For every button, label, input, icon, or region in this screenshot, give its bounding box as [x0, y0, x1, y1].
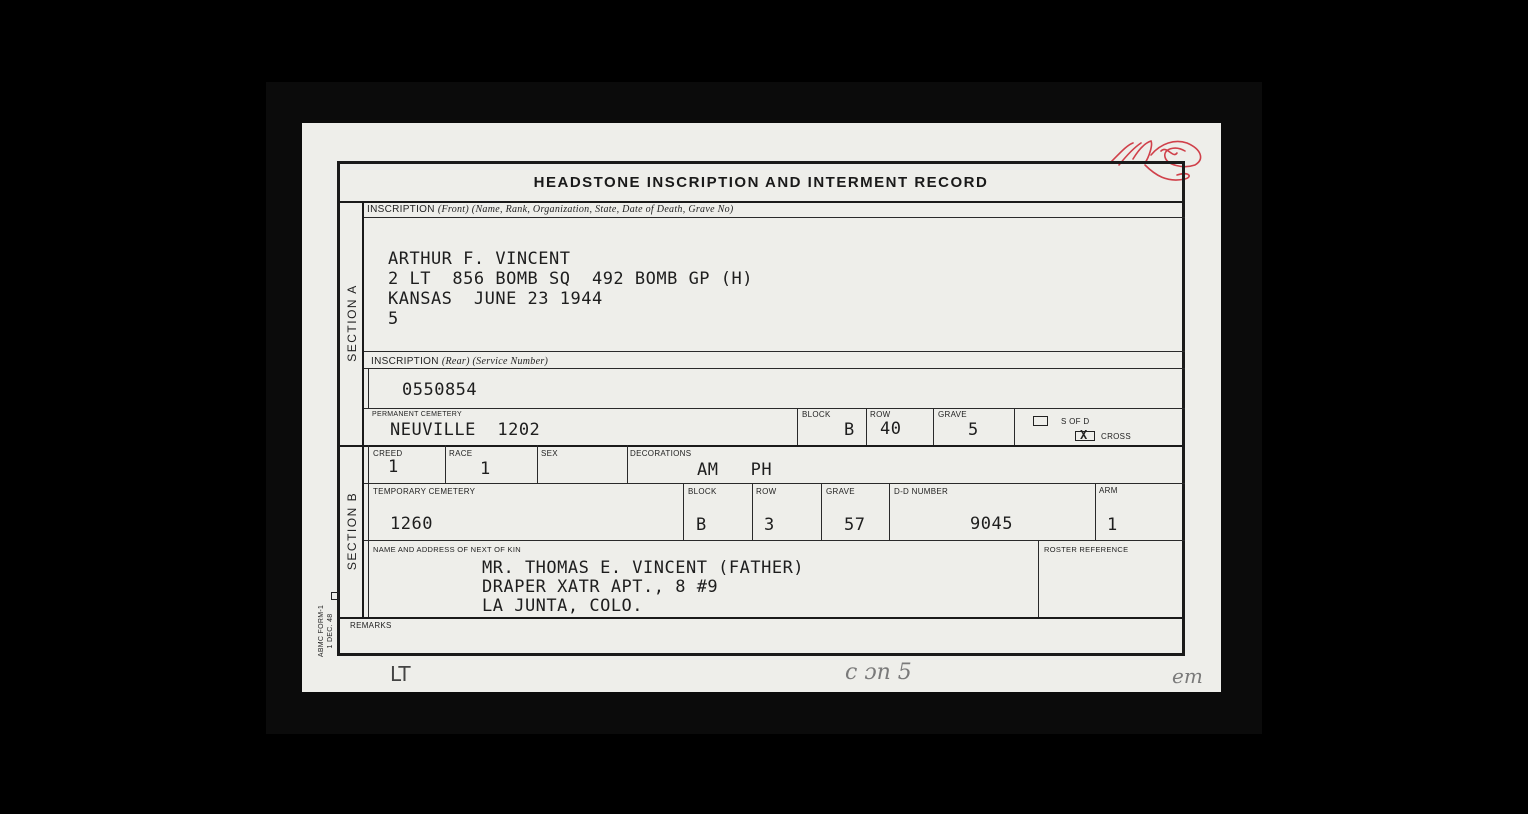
divider	[363, 408, 1185, 409]
sofd-label: S OF D	[1061, 417, 1089, 426]
divider	[368, 368, 369, 408]
sex-label: SEX	[541, 449, 558, 458]
permanent-grave-value: 5	[968, 420, 979, 440]
race-label: RACE	[449, 449, 472, 458]
divider	[866, 408, 867, 445]
divider	[337, 445, 1185, 447]
decorations-value: AM PH	[697, 460, 772, 480]
divider	[1038, 540, 1039, 617]
divider	[1095, 483, 1096, 540]
annotation-right: em	[1172, 664, 1203, 688]
temporary-cemetery-value: 1260	[390, 514, 433, 534]
permanent-row-label: ROW	[870, 410, 890, 419]
arm-value: 1	[1107, 515, 1118, 535]
cross-check-mark: X	[1080, 428, 1087, 442]
temporary-row-value: 3	[764, 515, 775, 535]
divider	[337, 617, 1185, 619]
temporary-block-value: B	[696, 515, 707, 535]
cross-label: CROSS	[1101, 432, 1131, 441]
divider	[627, 445, 628, 483]
next-of-kin-label: NAME AND ADDRESS OF NEXT OF KIN	[373, 545, 521, 554]
form-id: ABMC FORM-1 1 DEC. 48	[317, 601, 335, 661]
cross-checkbox[interactable]: X	[1075, 431, 1095, 441]
divider	[368, 445, 369, 617]
temporary-cemetery-label: TEMPORARY CEMETERY	[373, 487, 475, 496]
divider	[363, 368, 1185, 369]
permanent-cemetery-label: PERMANENT CEMETERY	[372, 411, 462, 418]
annotation-lt: LT	[390, 662, 411, 686]
section-b-label: SECTION B	[345, 491, 359, 571]
inscription-front-label: INSCRIPTION (Front) (Name, Rank, Organiz…	[367, 204, 734, 215]
temporary-grave-label: GRAVE	[826, 487, 855, 496]
next-of-kin-text: MR. THOMAS E. VINCENT (FATHER)DRAPER XAT…	[482, 559, 804, 616]
temporary-row-label: ROW	[756, 487, 776, 496]
dd-number-label: D-D NUMBER	[894, 487, 948, 496]
section-column-divider	[362, 201, 364, 617]
temporary-grave-value: 57	[844, 515, 865, 535]
divider	[752, 483, 753, 540]
permanent-cemetery-value: NEUVILLE 1202	[390, 420, 540, 440]
permanent-block-value: B	[844, 420, 855, 440]
divider	[821, 483, 822, 540]
permanent-grave-label: GRAVE	[938, 410, 967, 419]
section-a-label: SECTION A	[345, 283, 359, 363]
creed-value: 1	[388, 457, 399, 477]
inscription-front-text: ARTHUR F. VINCENT2 LT 856 BOMB SQ 492 BO…	[388, 249, 753, 329]
divider	[445, 445, 446, 483]
permanent-block-label: BLOCK	[802, 410, 831, 419]
divider	[363, 217, 1185, 218]
service-number: 0550854	[402, 380, 477, 400]
divider	[537, 445, 538, 483]
dd-number-value: 9045	[970, 514, 1013, 534]
decorations-label: DECORATIONS	[630, 449, 691, 458]
divider	[337, 201, 1185, 203]
divider	[933, 408, 934, 445]
inscription-rear-label: INSCRIPTION (Rear) (Service Number)	[371, 356, 548, 367]
divider	[1014, 408, 1015, 445]
divider	[797, 408, 798, 445]
annotation-center: c ɔn 5	[845, 660, 912, 685]
divider	[363, 351, 1185, 352]
form-title: HEADSTONE INSCRIPTION AND INTERMENT RECO…	[340, 174, 1182, 191]
remarks-label: REMARKS	[350, 621, 392, 630]
roster-reference-label: ROSTER REFERENCE	[1044, 545, 1128, 554]
form-id-checkbox	[331, 592, 339, 600]
divider	[889, 483, 890, 540]
temporary-block-label: BLOCK	[688, 487, 717, 496]
permanent-row-value: 40	[880, 419, 901, 439]
divider	[363, 540, 1185, 541]
race-value: 1	[480, 459, 491, 479]
divider	[363, 483, 1185, 484]
arm-label: ARM	[1099, 486, 1118, 495]
divider	[683, 483, 684, 540]
sofd-checkbox[interactable]	[1033, 416, 1048, 426]
